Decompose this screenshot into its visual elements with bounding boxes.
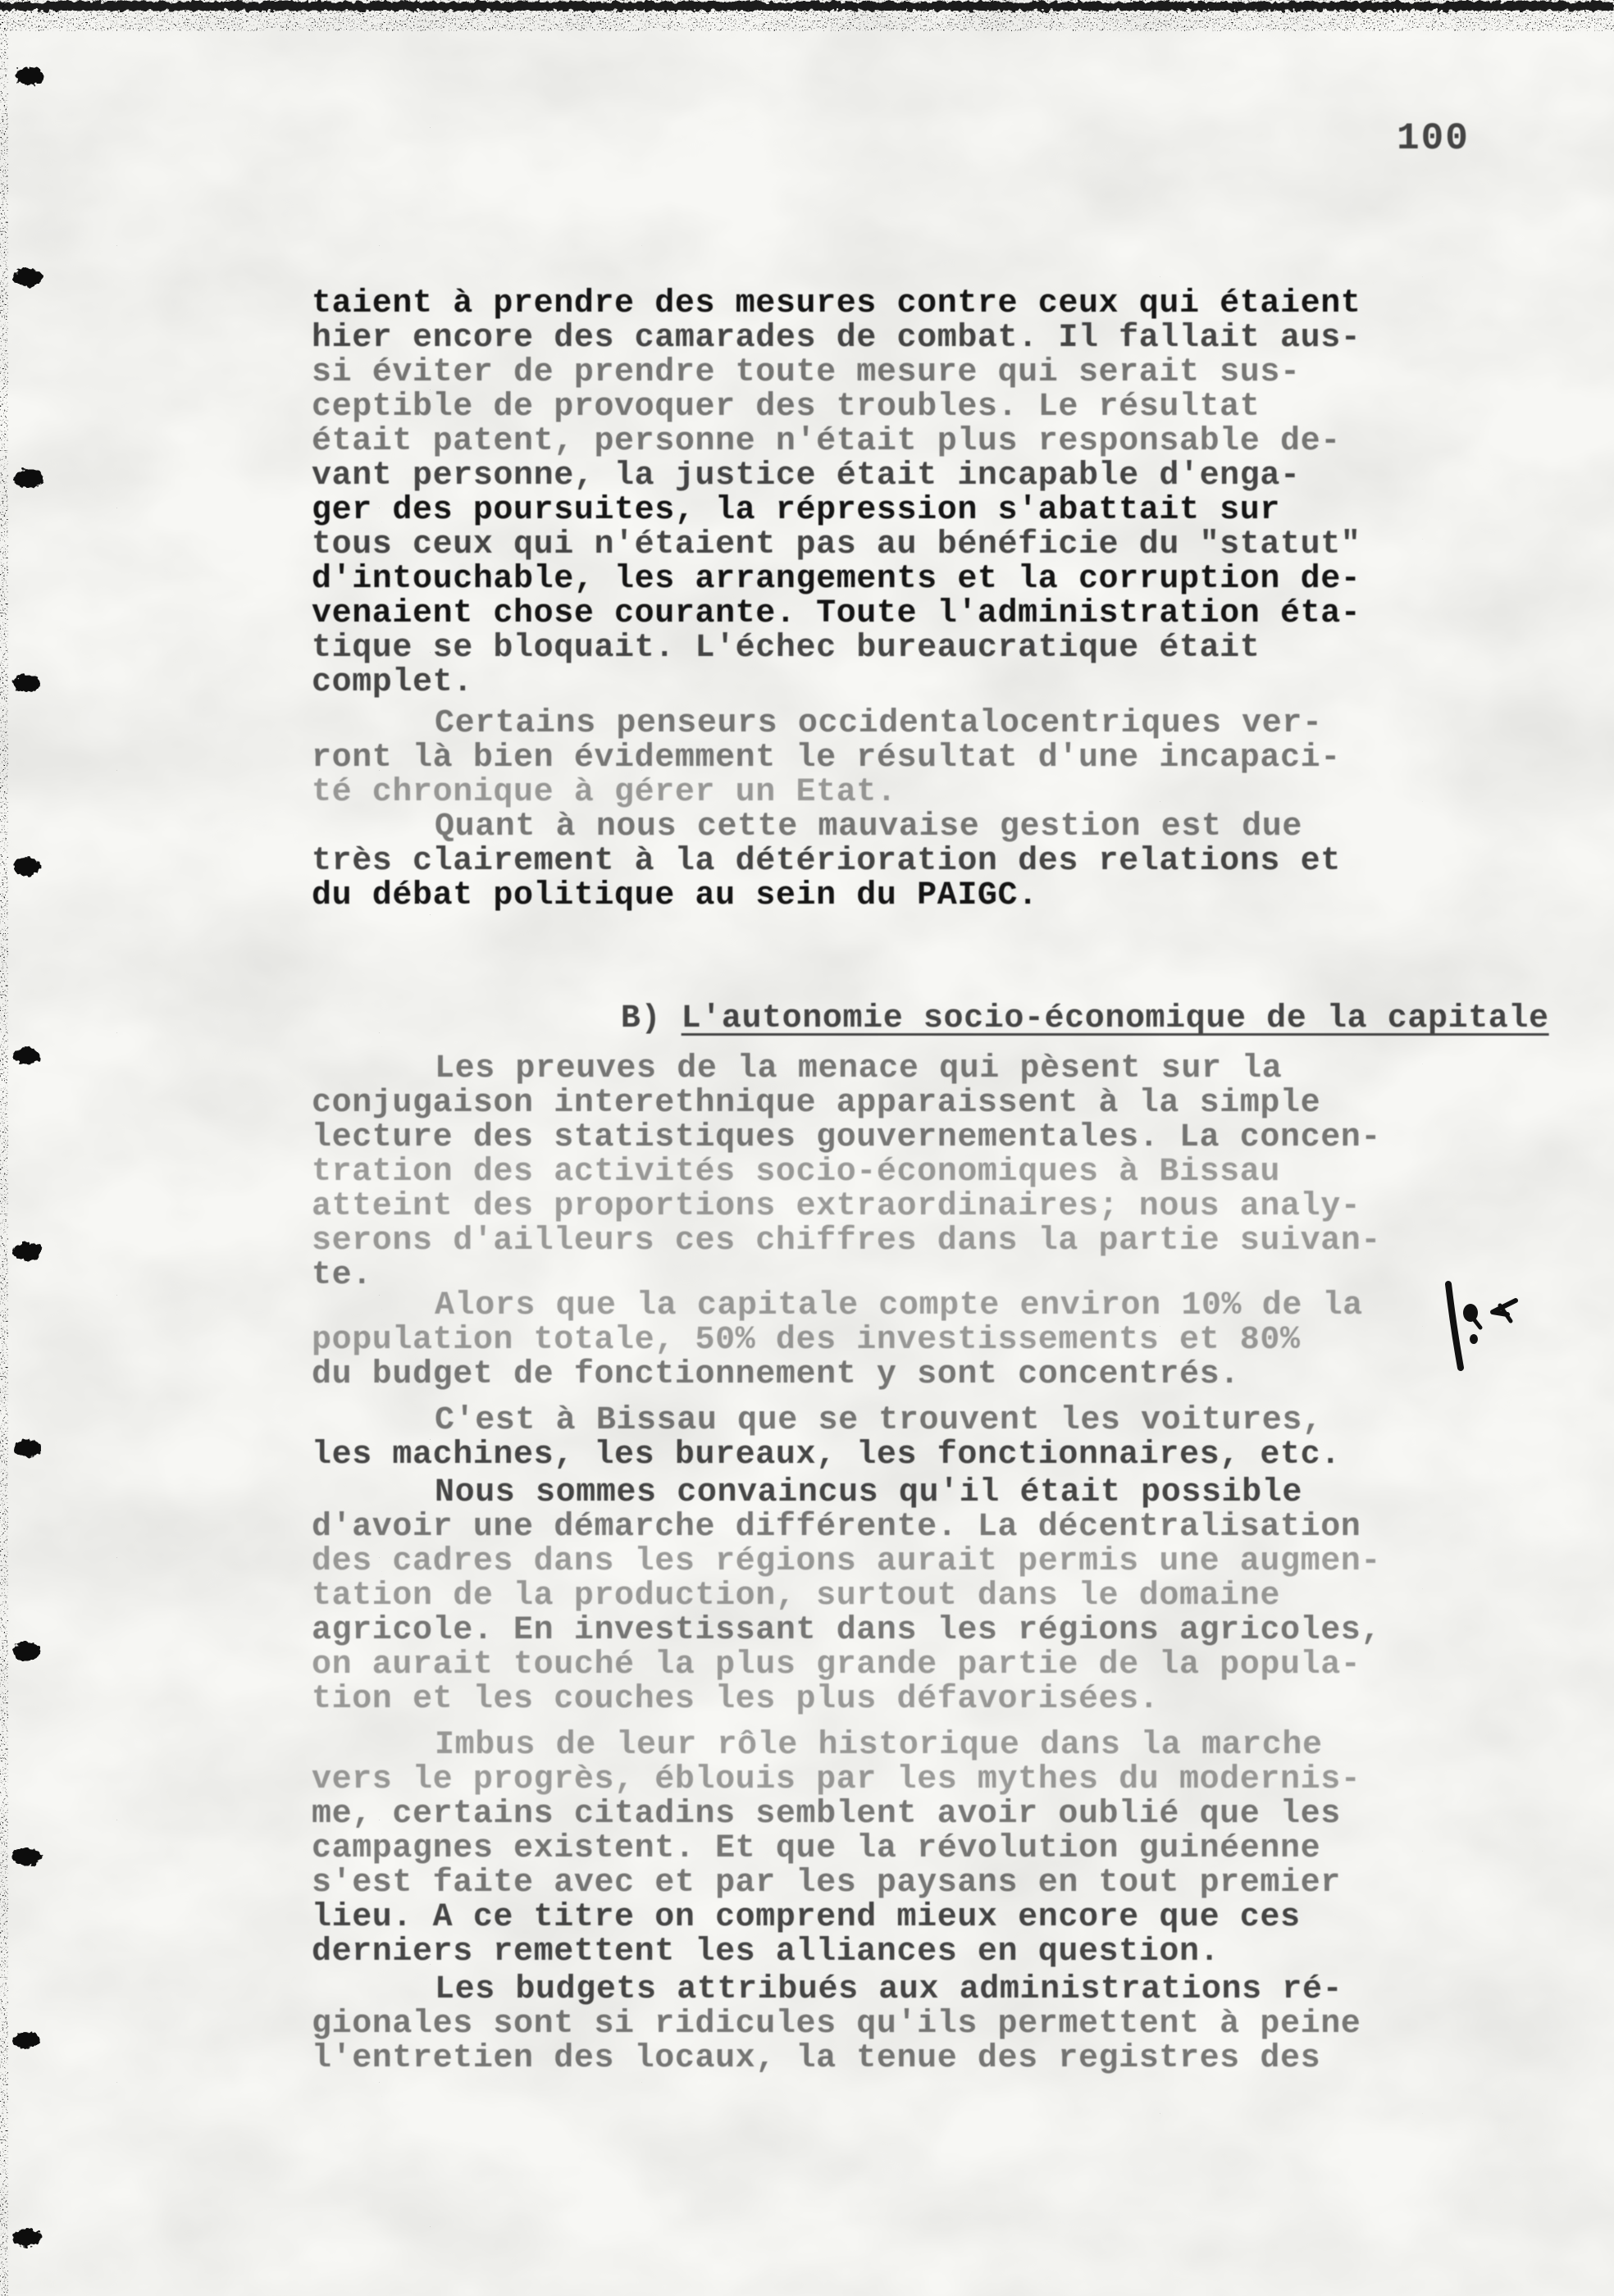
- text-line: très clairement à la détérioration des r…: [312, 845, 1341, 879]
- text-line: lecture des statistiques gouvernementale…: [312, 1121, 1381, 1155]
- text-line: Les preuves de la menace qui pèsent sur …: [312, 1052, 1381, 1086]
- text-line: venaient chose courante. Toute l'adminis…: [312, 597, 1361, 631]
- text-line: atteint des proportions extraordinaires;…: [312, 1190, 1381, 1224]
- text-line: tique se bloquait. L'échec bureaucratiqu…: [312, 631, 1361, 666]
- paragraph-3: Les preuves de la menace qui pèsent sur …: [312, 1052, 1381, 1293]
- text-line: campagnes existent. Et que la révolution…: [312, 1832, 1361, 1866]
- text-line: était patent, personne n'était plus resp…: [312, 425, 1361, 459]
- text-line: me, certains citadins semblent avoir oub…: [312, 1797, 1361, 1832]
- paragraph-6: Nous sommes convaincus qu'il était possi…: [312, 1476, 1381, 1717]
- paragraph-8: Les budgets attribués aux administration…: [312, 1973, 1361, 2076]
- section-heading-prefix: B): [621, 1000, 682, 1037]
- text-line: tion et les couches les plus défavorisée…: [312, 1683, 1381, 1717]
- text-line: du budget de fonctionnement y sont conce…: [312, 1358, 1363, 1392]
- text-line: d'avoir une démarche différente. La déce…: [312, 1510, 1381, 1545]
- text-line: s'est faite avec et par les paysans en t…: [312, 1866, 1361, 1901]
- text-line: Quant à nous cette mauvaise gestion est …: [312, 810, 1341, 845]
- text-line: population totale, 50% des investissemen…: [312, 1323, 1363, 1358]
- text-line: vers le progrès, éblouis par les mythes …: [312, 1763, 1361, 1797]
- text-line: si éviter de prendre toute mesure qui se…: [312, 356, 1361, 390]
- text-line: conjugaison interethnique apparaissent à…: [312, 1086, 1381, 1121]
- text-line: on aurait touché la plus grande partie d…: [312, 1648, 1381, 1683]
- text-line: derniers remettent les alliances en ques…: [312, 1935, 1361, 1970]
- text-line: des cadres dans les régions aurait permi…: [312, 1545, 1381, 1579]
- paragraph-5: C'est à Bissau que se trouvent les voitu…: [312, 1404, 1341, 1473]
- text-line: C'est à Bissau que se trouvent les voitu…: [312, 1404, 1341, 1438]
- text-line: ront là bien évidemment le résultat d'un…: [312, 741, 1341, 776]
- text-line: ger des poursuites, la répression s'abat…: [312, 494, 1361, 528]
- text-line: les machines, les bureaux, les fonctionn…: [312, 1438, 1341, 1473]
- paragraph-1: taient à prendre des mesures contre ceux…: [312, 287, 1361, 700]
- paragraph-7: Imbus de leur rôle historique dans la ma…: [312, 1729, 1361, 1970]
- text-line: tration des activités socio-économiques …: [312, 1155, 1381, 1190]
- text-line: taient à prendre des mesures contre ceux…: [312, 287, 1361, 321]
- text-line: du débat politique au sein du PAIGC.: [312, 879, 1341, 913]
- text-line: Nous sommes convaincus qu'il était possi…: [312, 1476, 1381, 1510]
- typewritten-text-layer: 100 taient à prendre des mesures contre …: [0, 0, 1614, 2296]
- text-line: serons d'ailleurs ces chiffres dans la p…: [312, 1224, 1381, 1259]
- text-line: agricole. En investissant dans les régio…: [312, 1614, 1381, 1648]
- text-line: hier encore des camarades de combat. Il …: [312, 321, 1361, 356]
- paragraph-2: Certains penseurs occidentalocentriques …: [312, 707, 1341, 913]
- text-line: Imbus de leur rôle historique dans la ma…: [312, 1729, 1361, 1763]
- text-line: vant personne, la justice était incapabl…: [312, 459, 1361, 494]
- text-line: Alors que la capitale compte environ 10%…: [312, 1289, 1363, 1323]
- section-heading-title: L'autonomie socio-économique de la capit…: [682, 1000, 1549, 1037]
- text-line: tation de la production, surtout dans le…: [312, 1579, 1381, 1614]
- paragraph-4: Alors que la capitale compte environ 10%…: [312, 1289, 1363, 1392]
- text-line: té chronique à gérer un Etat.: [312, 776, 1341, 810]
- text-line: ceptible de provoquer des troubles. Le r…: [312, 390, 1361, 425]
- page-number: 100: [1397, 120, 1470, 157]
- text-line: tous ceux qui n'étaient pas au bénéficie…: [312, 528, 1361, 563]
- text-line: Certains penseurs occidentalocentriques …: [312, 707, 1341, 741]
- text-line: Les budgets attribués aux administration…: [312, 1973, 1361, 2007]
- scanned-typescript-page: 100 taient à prendre des mesures contre …: [0, 0, 1614, 2296]
- text-line: l'entretien des locaux, la tenue des reg…: [312, 2042, 1361, 2076]
- text-line: gionales sont si ridicules qu'ils permet…: [312, 2007, 1361, 2042]
- text-line: complet.: [312, 666, 1361, 700]
- text-line: lieu. A ce titre on comprend mieux encor…: [312, 1901, 1361, 1935]
- text-line: d'intouchable, les arrangements et la co…: [312, 563, 1361, 597]
